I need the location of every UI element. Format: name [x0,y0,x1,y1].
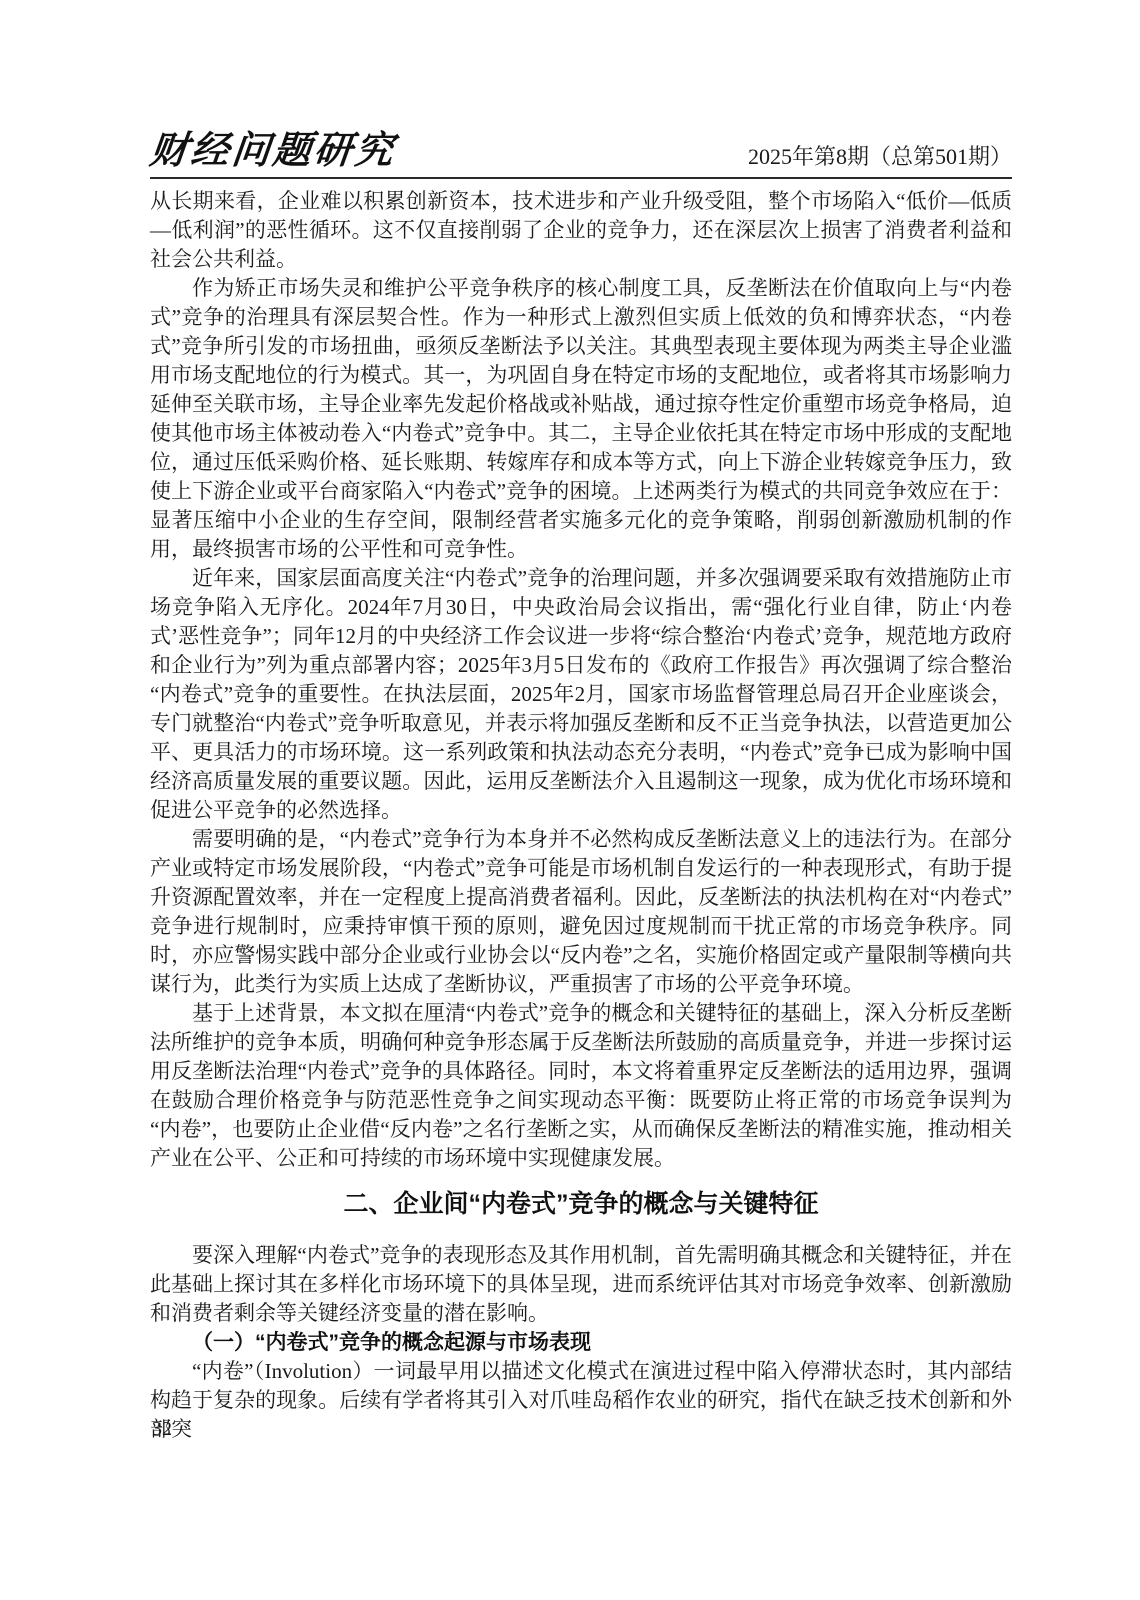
section-heading: 二、企业间“内卷式”竞争的概念与关键特征 [150,1189,1012,1219]
paragraph: 近年来，国家层面高度关注“内卷式”竞争的治理问题，并多次强调要采取有效措施防止市… [150,564,1012,825]
article-body: 从长期来看，企业难以积累创新资本，技术进步和产业升级受阻，整个市场陷入“低价—低… [150,187,1012,1444]
journal-logo: 财经问题研究 [148,130,398,170]
paragraph: “内卷”（Involution）一词最早用以描述文化模式在演进过程中陷入停滞状态… [150,1357,1012,1444]
page-content: 财经问题研究 2025年第8期（总第501期） 从长期来看，企业难以积累创新资本… [150,130,1012,1444]
paragraph-continuation: 从长期来看，企业难以积累创新资本，技术进步和产业升级受阻，整个市场陷入“低价—低… [150,187,1012,274]
paragraph: 作为矫正市场失灵和维护公平竞争秩序的核心制度工具，反垄断法在价值取向上与“内卷式… [150,274,1012,564]
paragraph: 基于上述背景，本文拟在厘清“内卷式”竞争的概念和关键特征的基础上，深入分析反垄断… [150,999,1012,1173]
paragraph: 需要明确的是，“内卷式”竞争行为本身并不必然构成反垄断法意义上的违法行为。在部分… [150,825,1012,999]
journal-header: 财经问题研究 2025年第8期（总第501期） [150,130,1012,179]
page-number: 32 [152,1418,172,1441]
issue-info: 2025年第8期（总第501期） [748,144,1012,170]
journal-page: 财经问题研究 2025年第8期（总第501期） 从长期来看，企业难以积累创新资本… [0,0,1140,1600]
paragraph: 要深入理解“内卷式”竞争的表现形态及其作用机制，首先需明确其概念和关键特征，并在… [150,1241,1012,1328]
subsection-heading: （一）“内卷式”竞争的概念起源与市场表现 [150,1328,1012,1357]
